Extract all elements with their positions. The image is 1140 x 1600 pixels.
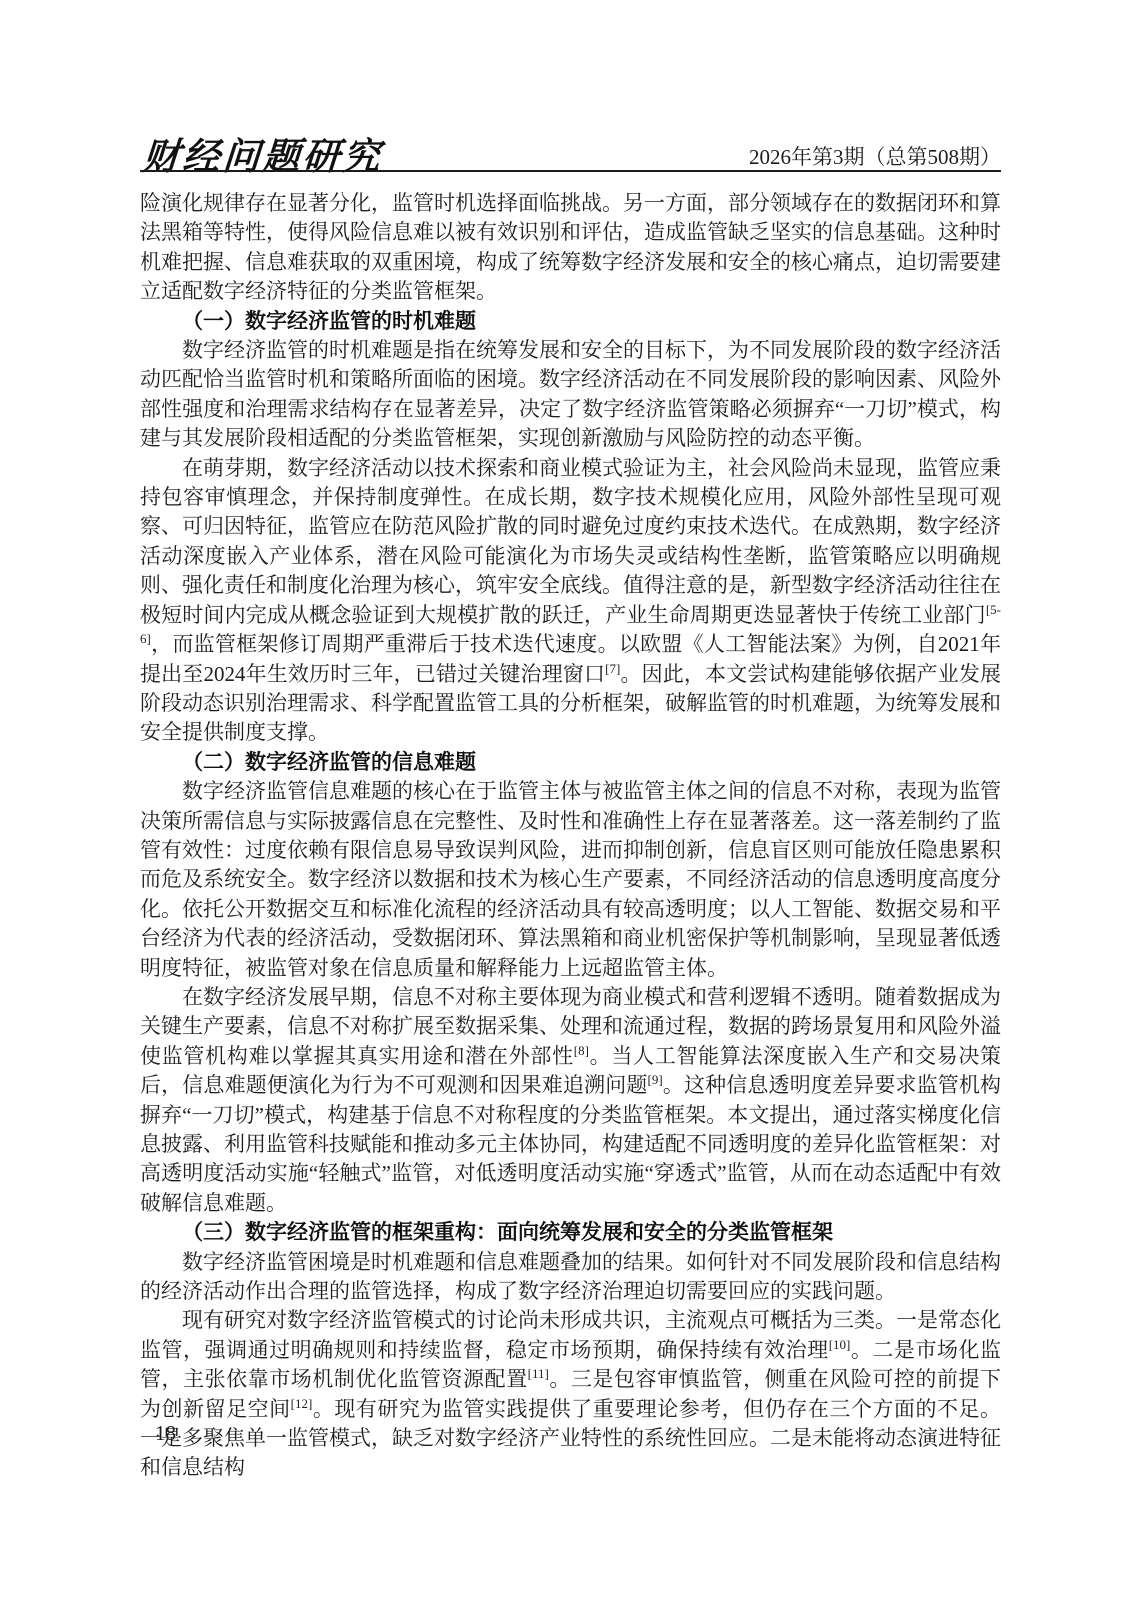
citation-ref: [12] <box>291 1396 313 1411</box>
section-heading: （一）数字经济监管的时机难题 <box>140 307 1001 336</box>
paragraph: 现有研究对数字经济监管模式的讨论尚未形成共识，主流观点可概括为三类。一是常态化监… <box>140 1306 1001 1482</box>
citation-ref: [5-6] <box>140 602 1001 646</box>
citation-ref: [10] <box>829 1337 851 1352</box>
paragraph: 在数字经济发展早期，信息不对称主要体现为商业模式和营利逻辑不透明。随着数据成为关… <box>140 983 1001 1218</box>
issue-info: 2026年第3期（总第508期） <box>749 141 1001 171</box>
journal-page: 财经问题研究 2026年第3期（总第508期） 险演化规律存在显著分化，监管时机… <box>0 0 1140 1600</box>
citation-ref: [9] <box>648 1072 663 1087</box>
section-heading: （二）数字经济监管的信息难题 <box>140 748 1001 777</box>
citation-ref: [11] <box>528 1366 549 1381</box>
paragraph: 险演化规律存在显著分化，监管时机选择面临挑战。另一方面，部分领域存在的数据闭环和… <box>140 189 1001 307</box>
section-heading: （三）数字经济监管的框架重构：面向统筹发展和安全的分类监管框架 <box>140 1218 1001 1247</box>
page-number: 18 <box>155 1421 176 1446</box>
paragraph: 在萌芽期，数字经济活动以技术探索和商业模式验证为主，社会风险尚未显现，监管应秉持… <box>140 454 1001 748</box>
citation-ref: [8] <box>574 1043 589 1058</box>
paragraph: 数字经济监管困境是时机难题和信息难题叠加的结果。如何针对不同发展阶段和信息结构的… <box>140 1248 1001 1307</box>
paragraph: 数字经济监管的时机难题是指在统筹发展和安全的目标下，为不同发展阶段的数字经济活动… <box>140 336 1001 454</box>
citation-ref: [7] <box>605 661 620 676</box>
paragraph: 数字经济监管信息难题的核心在于监管主体与被监管主体之间的信息不对称，表现为监管决… <box>140 777 1001 983</box>
article-body: 险演化规律存在显著分化，监管时机选择面临挑战。另一方面，部分领域存在的数据闭环和… <box>140 189 1001 1483</box>
header-rule <box>140 170 1001 172</box>
